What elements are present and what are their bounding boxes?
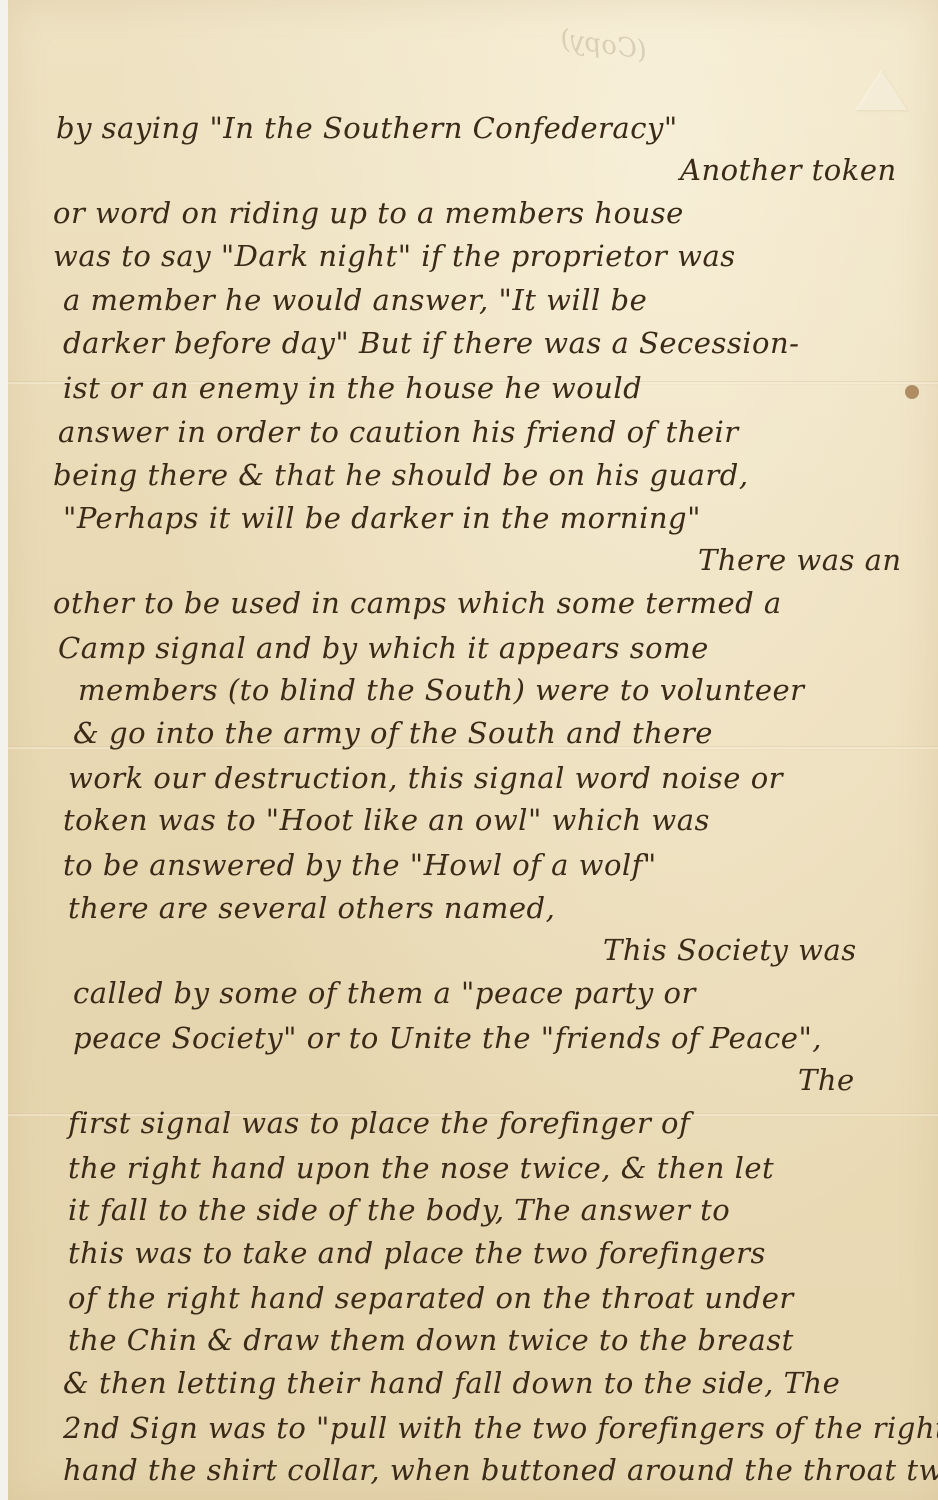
manuscript-line: Another token	[680, 152, 897, 188]
manuscript-line: darker before day" But if there was a Se…	[63, 325, 799, 361]
manuscript-line: peace Society" or to Unite the "friends …	[73, 1020, 822, 1056]
manuscript-line: this was to take and place the two foref…	[68, 1235, 766, 1271]
manuscript-line: answer in order to caution his friend of…	[58, 414, 739, 450]
ink-stain-spot	[905, 385, 919, 399]
scan-left-border	[0, 0, 8, 1500]
manuscript-line: of the right hand separated on the throa…	[68, 1280, 794, 1316]
manuscript-line: first signal was to place the forefinger…	[68, 1105, 690, 1141]
manuscript-line: work our destruction, this signal word n…	[68, 760, 783, 796]
manuscript-line: "Perhaps it will be darker in the mornin…	[63, 500, 701, 536]
manuscript-line: there are several others named,	[68, 890, 555, 926]
manuscript-line: to be answered by the "Howl of a wolf"	[63, 847, 657, 883]
manuscript-line: members (to blind the South) were to vol…	[78, 672, 805, 708]
manuscript-line: There was an	[698, 542, 902, 578]
manuscript-line: other to be used in camps which some ter…	[53, 585, 782, 621]
embossed-stamp	[855, 70, 907, 110]
manuscript-line: it fall to the side of the body, The ans…	[68, 1192, 730, 1228]
manuscript-line: being there & that he should be on his g…	[53, 457, 749, 493]
manuscript-line: the right hand upon the nose twice, & th…	[68, 1150, 774, 1186]
manuscript-line: was to say "Dark night" if the proprieto…	[53, 238, 736, 274]
manuscript-line: 2nd Sign was to "pull with the two foref…	[63, 1410, 938, 1446]
manuscript-line: & then letting their hand fall down to t…	[63, 1365, 840, 1401]
manuscript-line: the Chin & draw them down twice to the b…	[68, 1322, 794, 1358]
manuscript-line: by saying "In the Southern Confederacy"	[56, 110, 678, 146]
manuscript-line: & go into the army of the South and ther…	[73, 715, 713, 751]
manuscript-line: called by some of them a "peace party or	[73, 975, 696, 1011]
manuscript-line: The	[798, 1062, 855, 1098]
manuscript-line: ist or an enemy in the house he would	[63, 370, 642, 406]
manuscript-line: or word on riding up to a members house	[53, 195, 684, 231]
manuscript-line: This Society was	[603, 932, 857, 968]
manuscript-line: token was to "Hoot like an owl" which wa…	[63, 802, 710, 838]
manuscript-line: a member he would answer, "It will be	[63, 282, 647, 318]
manuscript-line: hand the shirt collar, when buttoned aro…	[63, 1452, 938, 1488]
manuscript-line: Camp signal and by which it appears some	[58, 630, 709, 666]
